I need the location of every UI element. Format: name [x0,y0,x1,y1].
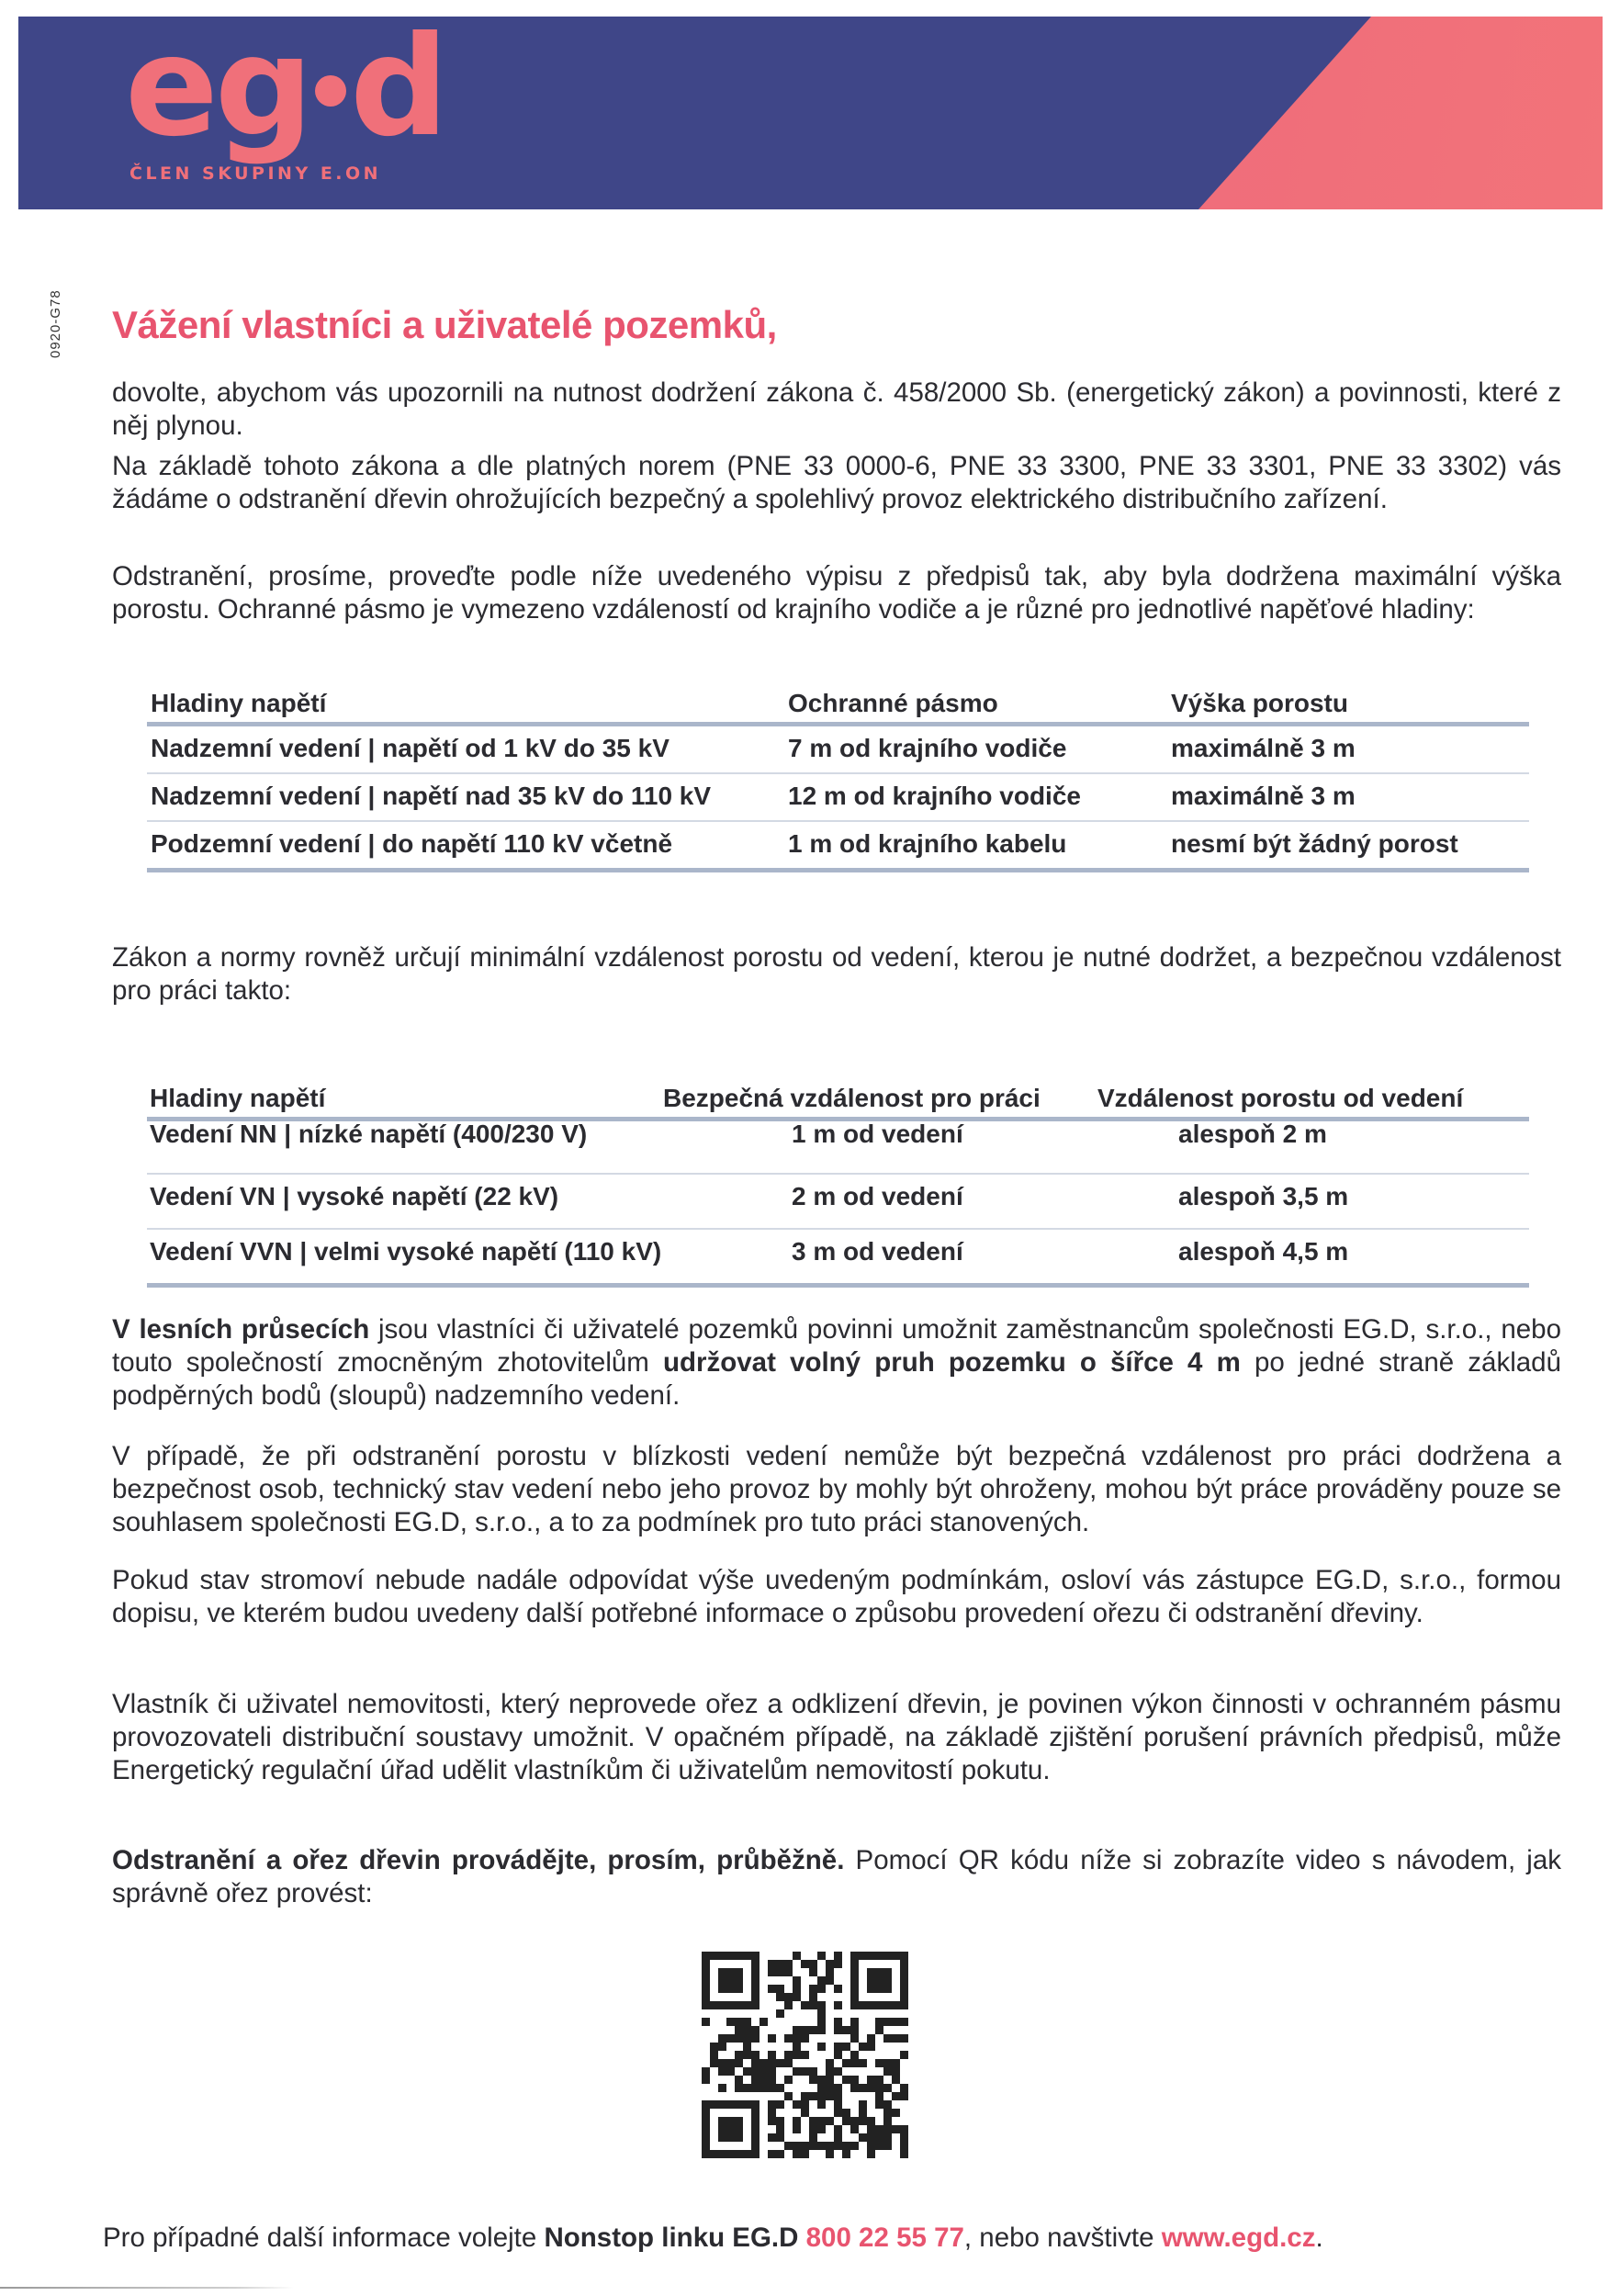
cell-height: nesmí být žádný porost [1171,829,1458,859]
cell-zone: 1 m od krajního kabelu [788,829,1066,859]
footer-phone-link[interactable]: 800 22 55 77 [806,2223,964,2253]
cell-voltage: Podzemní vedení | do napětí 110 kV včetn… [151,829,672,859]
page-title: Vážení vlastníci a uživatelé pozemků, [112,303,777,347]
cell-height: maximálně 3 m [1171,734,1356,763]
cell-voltage: Vedení NN | nízké napětí (400/230 V) [150,1120,587,1149]
header-vegetation-distance: Vzdálenost porostu od vedení [1097,1084,1463,1113]
table-row: Vedení VVN | velmi vysoké napětí (110 kV… [147,1230,1529,1283]
footer-contact: Pro případné další informace volejte Non… [103,2223,1323,2254]
cell-height: maximálně 3 m [1171,782,1356,811]
cell-work-distance: 3 m od vedení [792,1237,963,1266]
table-row: Vedení NN | nízké napětí (400/230 V) 1 m… [147,1121,1529,1173]
footer-period: . [1315,2223,1322,2253]
footer-text-2: , nebo navštivte [964,2223,1162,2253]
footer-hotline-label: Nonstop linku EG.D [544,2223,798,2253]
header-protection-zone: Ochranné pásmo [788,689,998,718]
footer-text-1: Pro případné další informace volejte [103,2223,544,2253]
table-bottom-rule [147,1283,1529,1288]
cell-work-distance: 2 m od vedení [792,1182,963,1211]
cell-work-distance: 1 m od vedení [792,1120,963,1149]
logo-tagline: ČLEN SKUPINY E.ON [129,163,381,184]
table-row: Podzemní vedení | do napětí 110 kV včetn… [147,822,1529,868]
intro-paragraph-3: Odstranění, prosíme, proveďte podle níže… [112,560,1561,626]
safety-paragraph: V případě, že při odstranění porostu v b… [112,1440,1561,1539]
intro-paragraph-1: dovolte, abychom vás upozornili na nutno… [112,377,1561,443]
intro-paragraph-2: Na základě tohoto zákona a dle platných … [112,450,1561,516]
table-row: Nadzemní vedení | napětí nad 35 kV do 11… [147,774,1529,820]
logo-dot [315,75,346,107]
header-voltage-level: Hladiny napětí [150,1084,325,1113]
forest-bold-lead: V lesních průsecích [112,1314,369,1345]
cell-vegetation-distance: alespoň 2 m [1178,1120,1327,1149]
table-header: Hladiny napětí Bezpečná vzdálenost pro p… [147,1076,1529,1117]
distance-intro-paragraph: Zákon a normy rovněž určují minimální vz… [112,941,1561,1007]
safe-distance-table: Hladiny napětí Bezpečná vzdálenost pro p… [147,1076,1529,1288]
table-header: Hladiny napětí Ochranné pásmo Výška poro… [147,681,1529,722]
cell-zone: 12 m od krajního vodiče [788,782,1081,811]
scan-artifact-line [0,2287,294,2289]
cell-voltage: Vedení VVN | velmi vysoké napětí (110 kV… [150,1237,661,1266]
cell-voltage: Nadzemní vedení | napětí od 1 kV do 35 k… [151,734,669,763]
header-banner: egd ČLEN SKUPINY E.ON [18,17,1603,209]
cell-zone: 7 m od krajního vodiče [788,734,1066,763]
qr-intro-paragraph: Odstranění a ořez dřevin provádějte, pro… [112,1844,1561,1910]
qr-intro-bold: Odstranění a ořez dřevin provádějte, pro… [112,1845,844,1875]
footer-website-link[interactable]: www.egd.cz [1162,2223,1316,2253]
header-vegetation-height: Výška porostu [1171,689,1348,718]
table-row: Nadzemní vedení | napětí od 1 kV do 35 k… [147,726,1529,772]
table-row: Vedení VN | vysoké napětí (22 kV) 2 m od… [147,1175,1529,1228]
document-code: 0920-G78 [48,280,68,358]
logo-text-left: eg [125,17,309,167]
header-voltage-level: Hladiny napětí [151,689,326,718]
cell-vegetation-distance: alespoň 3,5 m [1178,1182,1348,1211]
header-safe-work-distance: Bezpečná vzdálenost pro práci [663,1084,1041,1113]
logo-text-right: d [350,17,444,167]
table-bottom-rule [147,868,1529,872]
followup-paragraph: Pokud stav stromoví nebude nadále odpoví… [112,1564,1561,1630]
cell-voltage: Vedení VN | vysoké napětí (22 kV) [150,1182,558,1211]
forest-clearing-paragraph: V lesních průsecích jsou vlastníci či už… [112,1313,1561,1412]
qr-code-icon[interactable] [702,1952,908,2158]
egd-logo: egd [125,17,444,165]
cell-voltage: Nadzemní vedení | napětí nad 35 kV do 11… [151,782,711,811]
cell-vegetation-distance: alespoň 4,5 m [1178,1237,1348,1266]
penalty-paragraph: Vlastník či uživatel nemovitosti, který … [112,1688,1561,1787]
document-code-text: 0920-G78 [48,289,63,358]
forest-bold-strip: udržovat volný pruh pozemku o šířce 4 m [663,1347,1241,1378]
protection-zone-table: Hladiny napětí Ochranné pásmo Výška poro… [147,681,1529,872]
